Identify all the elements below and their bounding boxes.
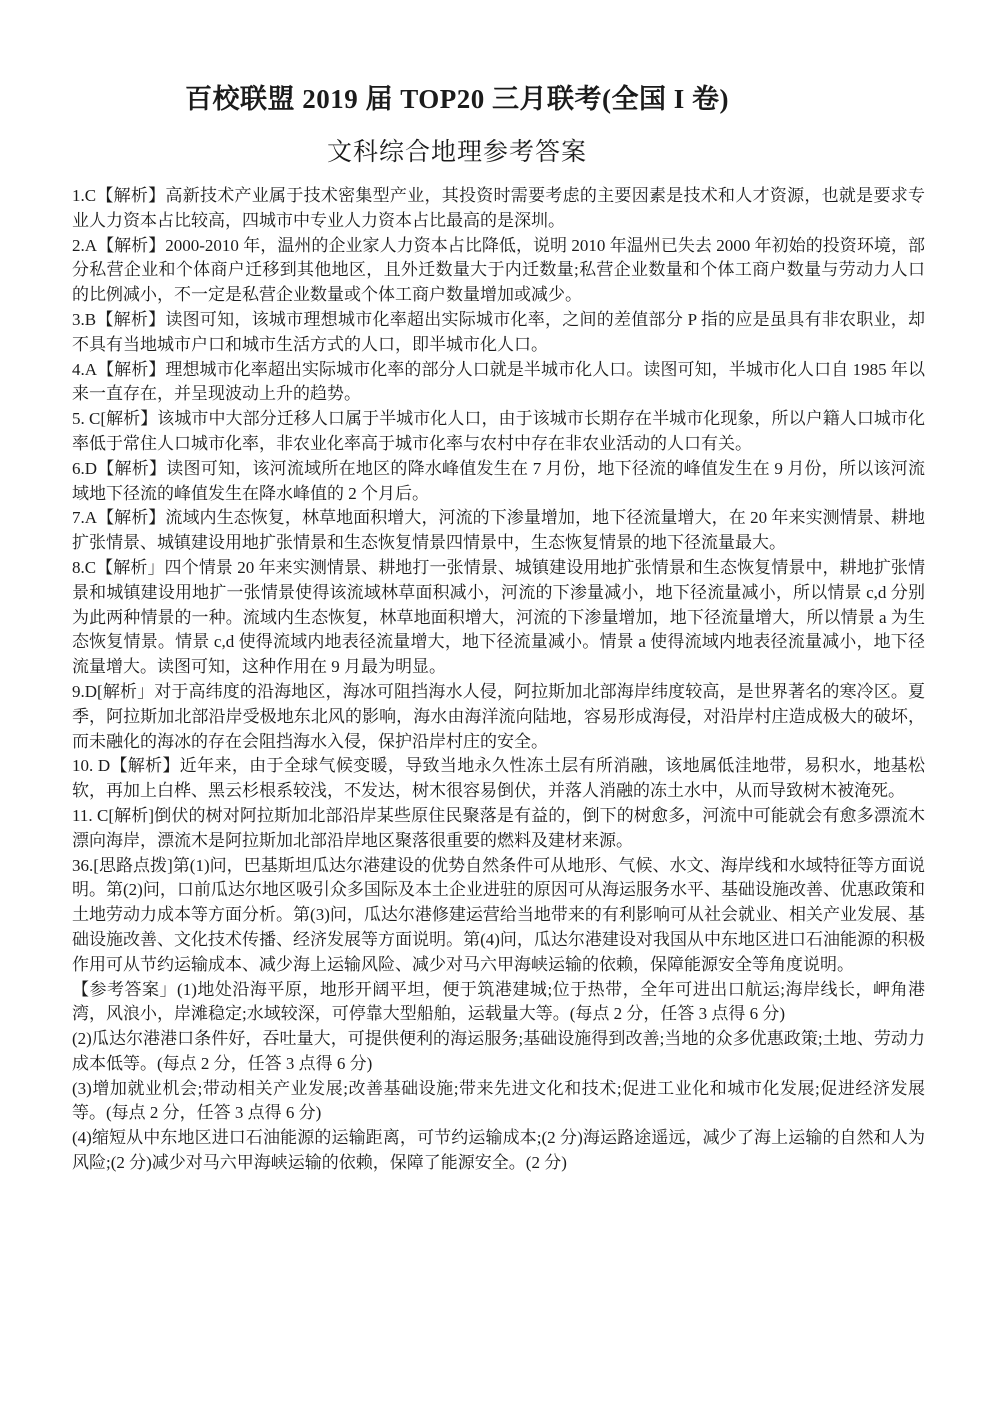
- document-heading: 百校联盟 2019 届 TOP20 三月联考(全国 I 卷) 文科综合地理参考答…: [0, 84, 914, 167]
- answer-item-2: 2.A【解析】2000-2010 年，温州的企业家人力资本占比降低，说明 201…: [72, 234, 925, 308]
- answer-item-6: 6.D【解析】读图可知，该河流域所在地区的降水峰值发生在 7 月份，地下径流的峰…: [72, 457, 925, 507]
- answer-item-11: 11. C[解析]倒伏的树对阿拉斯加北部沿岸某些原住民聚落是有益的，倒下的树愈多…: [72, 804, 925, 854]
- answer-item-10: 10. D【解析】近年来，由于全球气候变暖，导致当地永久性冻土层有所消融，该地属…: [72, 754, 925, 804]
- document-body: 1.C【解析】高新技术产业属于技术密集型产业，其投资时需要考虑的主要因素是技术和…: [72, 184, 925, 1176]
- document-subtitle: 文科综合地理参考答案: [0, 139, 914, 167]
- answer-item-36-hints: 36.[思路点拨]第(1)问，巴基斯坦瓜达尔港建设的优势自然条件可从地形、气候、…: [72, 854, 925, 978]
- answer-item-3: 3.B【解析】读图可知，该城市理想城市化率超出实际城市化率，之间的差值部分 P …: [72, 308, 925, 358]
- reference-answer-part-3: (3)增加就业机会;带动相关产业发展;改善基础设施;带来先进文化和技术;促进工业…: [72, 1077, 925, 1127]
- document-title: 百校联盟 2019 届 TOP20 三月联考(全国 I 卷): [0, 84, 914, 114]
- answer-item-5: 5. C[解析】该城市中大部分迁移人口属于半城市化人口，由于该城市长期存在半城市…: [72, 407, 925, 457]
- answer-item-8: 8.C【解析」四个情景 20 年来实测情景、耕地打一张情景、城镇建设用地扩张情景…: [72, 556, 925, 680]
- document-page: 百校联盟 2019 届 TOP20 三月联考(全国 I 卷) 文科综合地理参考答…: [0, 0, 992, 1403]
- answer-item-9: 9.D[解析」对于高纬度的沿海地区，海冰可阻挡海水人侵，阿拉斯加北部海岸纬度较高…: [72, 680, 925, 754]
- answer-item-7: 7.A【解析】流域内生态恢复，林草地面积增大，河流的下渗量增加，地下径流量增大，…: [72, 506, 925, 556]
- reference-answer-part-2: (2)瓜达尔港港口条件好，吞吐量大，可提供便利的海运服务;基础设施得到改善;当地…: [72, 1027, 925, 1077]
- reference-answer-part-4: (4)缩短从中东地区进口石油能源的运输距离，可节约运输成本;(2 分)海运路途遥…: [72, 1126, 925, 1176]
- reference-answer-part-1: 【参考答案」(1)地处沿海平原，地形开阔平坦，便于筑港建城;位于热带，全年可进出…: [72, 978, 925, 1028]
- answer-item-4: 4.A【解析】理想城市化率超出实际城市化率的部分人口就是半城市化人口。读图可知，…: [72, 358, 925, 408]
- answer-item-1: 1.C【解析】高新技术产业属于技术密集型产业，其投资时需要考虑的主要因素是技术和…: [72, 184, 925, 234]
